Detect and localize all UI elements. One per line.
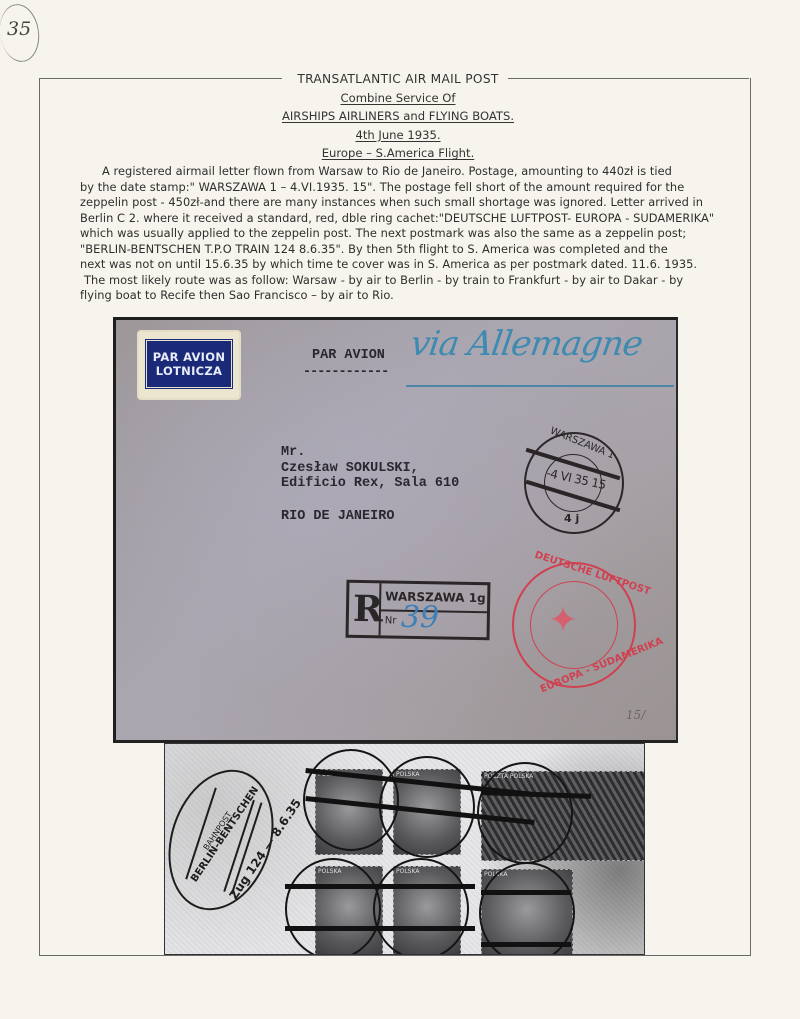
description-line: "BERLIN-BENTSCHEN T.P.O TRAIN 124 8.6.35… — [80, 242, 740, 258]
description-line: The most likely route was as follow: War… — [80, 273, 740, 289]
registration-label: R WARSZAWA 1g Nr 39 — [346, 580, 491, 641]
pencil-note: 15/ — [626, 708, 645, 722]
airmail-label-line1: PAR AVION — [147, 350, 231, 364]
cancel-bar — [481, 890, 571, 895]
typed-dashes: ------------ — [303, 365, 388, 380]
handwritten-routing: via Allemagne — [408, 324, 645, 364]
warszawa-postmark: WARSZAWA 1 -4 VI 35 15 4 j — [524, 432, 624, 534]
description-line: zeppelin post - 450zł-and there are many… — [80, 195, 740, 211]
address-line: Czesław SOKULSKI, — [281, 461, 459, 477]
postmark-code: 4 j — [564, 512, 579, 525]
typed-par-avion: PAR AVION — [312, 348, 385, 363]
recipient-address: Mr. Czesław SOKULSKI, Edificio Rex, Sala… — [281, 445, 459, 492]
cancel-bar — [481, 942, 571, 947]
description-line: A registered airmail letter flown from W… — [80, 164, 740, 180]
description-line: by the date stamp:" WARSZAWA 1 – 4.VI.19… — [80, 180, 740, 196]
registration-number-label: Nr — [385, 615, 397, 626]
eagle-icon: ✦ — [548, 600, 578, 641]
heading-services: AIRSHIPS AIRLINERS and FLYING BOATS. — [270, 107, 526, 126]
registration-number: 39 — [401, 600, 440, 636]
page-number: 35 — [7, 18, 31, 40]
envelope-front: PAR AVION LOTNICZA PAR AVION -----------… — [113, 317, 678, 743]
address-line: Mr. — [281, 445, 459, 461]
heading-title: TRANSATLANTIC AIR MAIL POST — [270, 70, 526, 89]
description: A registered airmail letter flown from W… — [80, 164, 740, 304]
envelope-reverse-photocopy: BERLIN-BENTSCHEN BAHNPOST Zug 124 — 8.6.… — [164, 743, 645, 955]
cancel-bar — [285, 884, 475, 889]
airmail-label-inner: PAR AVION LOTNICZA — [146, 340, 232, 388]
train-postmark: BERLIN-BENTSCHEN BAHNPOST Zug 124 — 8.6.… — [164, 756, 291, 924]
heading-date: 4th June 1935. — [270, 126, 526, 145]
heading-route: Europe – S.America Flight. — [270, 144, 526, 163]
cancel-circle — [285, 858, 381, 955]
handwritten-underline — [406, 385, 674, 387]
airmail-label-line2: LOTNICZA — [147, 364, 231, 378]
description-line: Berlin C 2. where it received a standard… — [80, 211, 740, 227]
cancel-circle — [477, 762, 573, 864]
address-city: RIO DE JANEIRO — [281, 509, 394, 524]
description-line: next was not on until 15.6.35 by which t… — [80, 257, 740, 273]
heading-subtitle: Combine Service Of — [270, 89, 526, 108]
cancel-circle — [373, 858, 469, 955]
airmail-label: PAR AVION LOTNICZA — [139, 332, 239, 398]
cancel-bar — [285, 926, 475, 931]
page-heading: TRANSATLANTIC AIR MAIL POST Combine Serv… — [270, 70, 526, 163]
description-line: flying boat to Recife then Sao Francisco… — [80, 288, 740, 304]
frame-top-rule-left — [39, 78, 282, 79]
description-line: which was usually applied to the zeppeli… — [80, 226, 740, 242]
address-line: Edificio Rex, Sala 610 — [281, 476, 459, 492]
luftpost-cachet: DEUTSCHE LUFTPOST ✦ EUROPA - SUDAMERIKA — [512, 562, 636, 688]
frame-top-rule-right — [508, 78, 749, 79]
